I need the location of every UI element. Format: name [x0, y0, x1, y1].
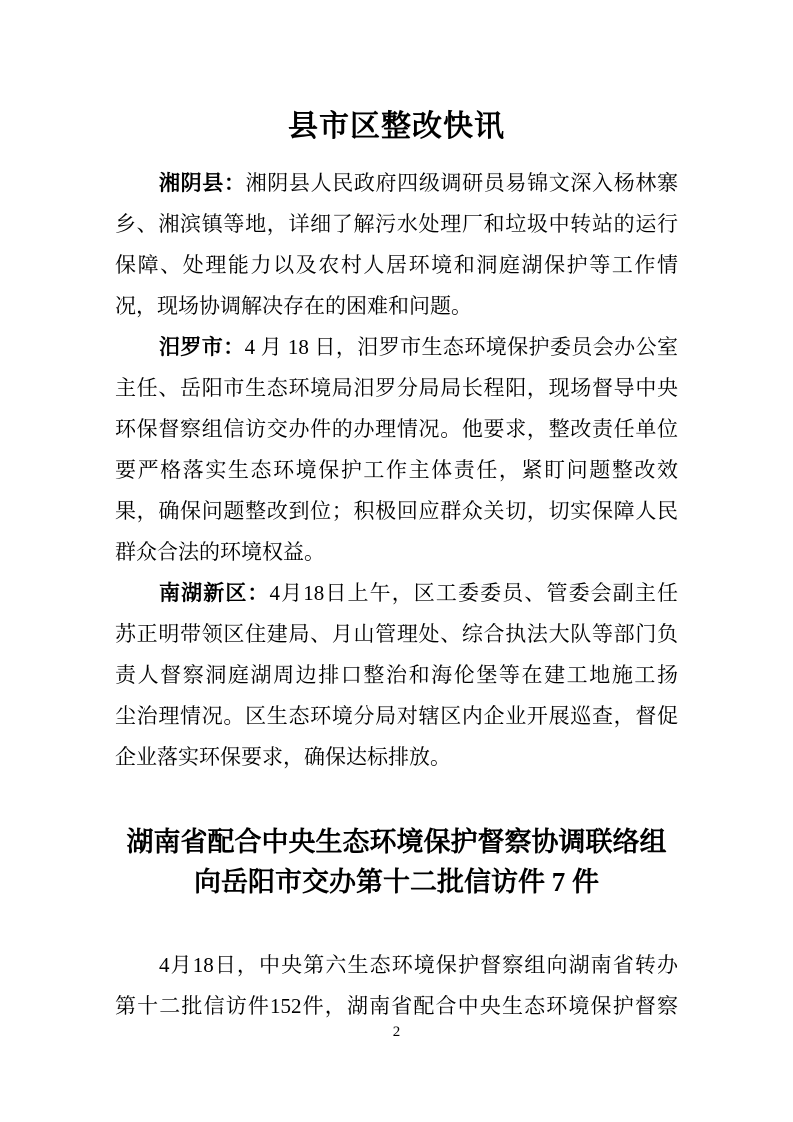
text-line: 环保督察组信访交办件的办理情况。他要求，整改责任单位 [115, 409, 678, 450]
paragraph-label: 南湖新区： [159, 582, 270, 605]
paragraph-miluo: 汨罗市：4 月 18 日，汨罗市生态环境保护委员会办公室 主任、岳阳市生态环境局… [115, 327, 678, 573]
paragraph-text: 湘阴县人民政府四级调研员易锦文深入杨林寨 [246, 171, 678, 195]
text-line: 主任、岳阳市生态环境局汨罗分局局长程阳，现场督导中央 [115, 368, 678, 409]
text-line: 责人督察洞庭湖周边排口整治和海伦堡等在建工地施工扬 [115, 655, 678, 696]
paragraph-closing: 4月18日，中央第六生态环境保护督察组向湖南省转办 第十二批信访件152件，湖南… [115, 945, 678, 1027]
paragraph-label: 汨罗市： [159, 336, 245, 359]
text-line: 要严格落实生态环境保护工作主体责任，紧盯问题整改效 [115, 450, 678, 491]
text-line: 南湖新区：4月18日上午，区工委委员、管委会副主任 [115, 573, 678, 614]
text-line: 苏正明带领区住建局、月山管理处、综合执法大队等部门负 [115, 614, 678, 655]
paragraph-text: 4 月 18 日，汨罗市生态环境保护委员会办公室 [245, 335, 678, 359]
text-line: 第十二批信访件152件，湖南省配合中央生态环境保护督察 [115, 986, 678, 1027]
paragraph-nanhu: 南湖新区：4月18日上午，区工委委员、管委会副主任 苏正明带领区住建局、月山管理… [115, 573, 678, 778]
text-line: 湘阴县：湘阴县人民政府四级调研员易锦文深入杨林寨 [115, 163, 678, 204]
text-line: 汨罗市：4 月 18 日，汨罗市生态环境保护委员会办公室 [115, 327, 678, 368]
text-line: 况，现场协调解决存在的困难和问题。 [115, 286, 678, 327]
section-heading: 湖南省配合中央生态环境保护督察协调联络组 向岳阳市交办第十二批信访件 7 件 [115, 822, 678, 902]
text-line: 果，确保问题整改到位；积极回应群众关切，切实保障人民 [115, 491, 678, 532]
page-content: 县市区整改快讯 湘阴县：湘阴县人民政府四级调研员易锦文深入杨林寨 乡、湘滨镇等地… [0, 0, 793, 1027]
paragraph-text: 4月18日上午，区工委委员、管委会副主任 [270, 581, 678, 605]
text-line: 尘治理情况。区生态环境分局对辖区内企业开展巡查，督促 [115, 696, 678, 737]
text-line: 4月18日，中央第六生态环境保护督察组向湖南省转办 [115, 945, 678, 986]
text-line: 企业落实环保要求，确保达标排放。 [115, 737, 678, 778]
document-page: 县市区整改快讯 湘阴县：湘阴县人民政府四级调研员易锦文深入杨林寨 乡、湘滨镇等地… [0, 0, 793, 1122]
paragraph-xiangyin: 湘阴县：湘阴县人民政府四级调研员易锦文深入杨林寨 乡、湘滨镇等地，详细了解污水处… [115, 163, 678, 327]
page-number: 2 [0, 1022, 793, 1042]
section-heading-line1: 湖南省配合中央生态环境保护督察协调联络组 [115, 822, 678, 862]
text-line: 群众合法的环境权益。 [115, 532, 678, 573]
text-line: 保障、处理能力以及农村人居环境和洞庭湖保护等工作情 [115, 245, 678, 286]
section-heading-line2: 向岳阳市交办第十二批信访件 7 件 [115, 862, 678, 902]
text-line: 乡、湘滨镇等地，详细了解污水处理厂和垃圾中转站的运行 [115, 204, 678, 245]
document-title: 县市区整改快讯 [115, 0, 678, 149]
paragraph-label: 湘阴县： [159, 172, 246, 195]
